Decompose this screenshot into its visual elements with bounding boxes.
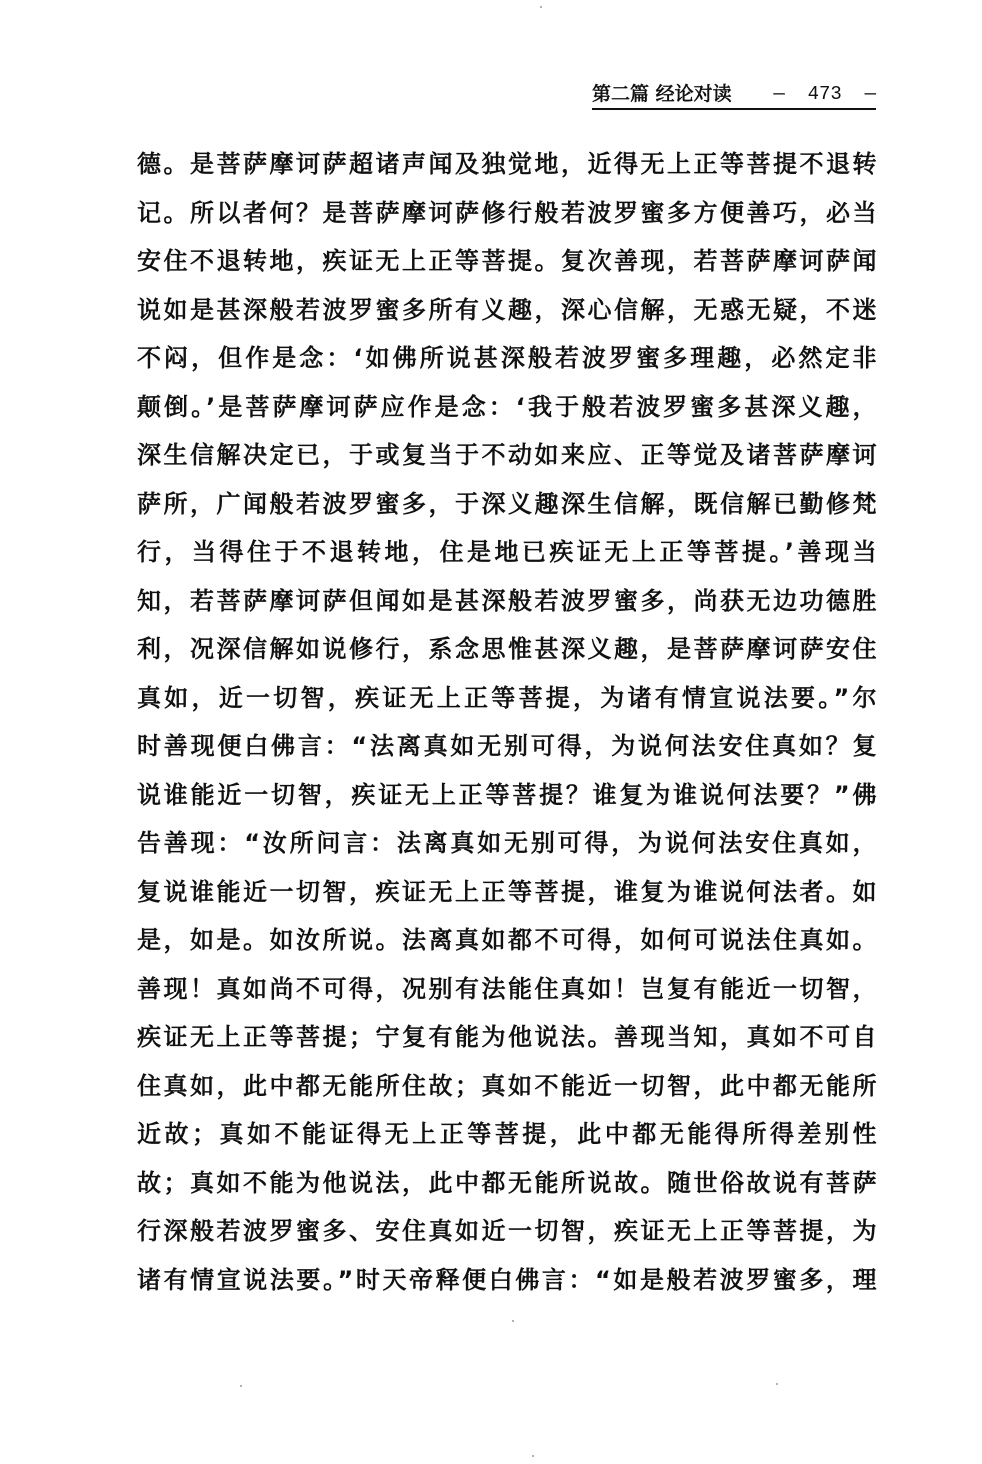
text-line: 告善现：“汝所问言：法离真如无别可得，为说何法安住真如， bbox=[137, 819, 877, 868]
scan-speck bbox=[532, 1455, 534, 1457]
text-line: 记。所以者何？是菩萨摩诃萨修行般若波罗蜜多方便善巧，必当 bbox=[137, 189, 877, 238]
scan-speck bbox=[240, 1385, 242, 1387]
text-line: 善现！真如尚不可得，况别有法能住真如！岂复有能近一切智， bbox=[137, 965, 877, 1014]
text-line: 诸有情宣说法要。”时天帝释便白佛言：“如是般若波罗蜜多，理 bbox=[137, 1256, 877, 1305]
text-line: 复说谁能近一切智，疾证无上正等菩提，谁复为谁说何法者。如 bbox=[137, 868, 877, 917]
text-line: 行，当得住于不退转地，住是地已疾证无上正等菩提。’善现当 bbox=[137, 528, 877, 577]
running-header: 第二篇 经论对读 — 473 — bbox=[592, 82, 876, 110]
text-line: 颠倒。’是菩萨摩诃萨应作是念：‘我于般若波罗蜜多甚深义趣， bbox=[137, 383, 877, 432]
text-line: 行深般若波罗蜜多、安住真如近一切智，疾证无上正等菩提，为 bbox=[137, 1207, 877, 1256]
text-line: 故；真如不能为他说法，此中都无能所说故。随世俗故说有菩萨 bbox=[137, 1159, 877, 1208]
text-line: 不闷，但作是念：‘如佛所说甚深般若波罗蜜多理趣，必然定非 bbox=[137, 334, 877, 383]
text-line: 疾证无上正等菩提；宁复有能为他说法。善现当知，真如不可自 bbox=[137, 1013, 877, 1062]
text-line: 安住不退转地，疾证无上正等菩提。复次善现，若菩萨摩诃萨闻 bbox=[137, 237, 877, 286]
section-title: 第二篇 经论对读 bbox=[592, 82, 732, 106]
text-line: 是，如是。如汝所说。法离真如都不可得，如何可说法住真如。 bbox=[137, 916, 877, 965]
text-line: 近故；真如不能证得无上正等菩提，此中都无能得所得差别性 bbox=[137, 1110, 877, 1159]
text-line: 深生信解决定已，于或复当于不动如来应、正等觉及诸菩萨摩诃 bbox=[137, 431, 877, 480]
text-line: 住真如，此中都无能所住故；真如不能近一切智，此中都无能所 bbox=[137, 1062, 877, 1111]
text-line: 德。是菩萨摩诃萨超诸声闻及独觉地，近得无上正等菩提不退转 bbox=[137, 140, 877, 189]
text-line: 时善现便白佛言：“法离真如无别可得，为说何法安住真如？复 bbox=[137, 722, 877, 771]
text-line: 说如是甚深般若波罗蜜多所有义趣，深心信解，无惑无疑，不迷 bbox=[137, 286, 877, 335]
text-line: 真如，近一切智，疾证无上正等菩提，为诸有情宣说法要。”尔 bbox=[137, 674, 877, 723]
book-page: 第二篇 经论对读 — 473 — 德。是菩萨摩诃萨超诸声闻及独觉地，近得无上正等… bbox=[0, 0, 982, 1464]
page-number: — 473 — bbox=[773, 82, 876, 106]
scan-speck bbox=[540, 6, 542, 8]
scan-speck bbox=[512, 1320, 514, 1322]
text-line: 利，况深信解如说修行，系念思惟甚深义趣，是菩萨摩诃萨安住 bbox=[137, 625, 877, 674]
body-text: 德。是菩萨摩诃萨超诸声闻及独觉地，近得无上正等菩提不退转 记。所以者何？是菩萨摩… bbox=[137, 140, 877, 1304]
text-line: 萨所，广闻般若波罗蜜多，于深义趣深生信解，既信解已勤修梵 bbox=[137, 480, 877, 529]
text-line: 说谁能近一切智，疾证无上正等菩提？谁复为谁说何法要？”佛 bbox=[137, 771, 877, 820]
scan-speck bbox=[776, 1383, 778, 1385]
text-line: 知，若菩萨摩诃萨但闻如是甚深般若波罗蜜多，尚获无边功德胜 bbox=[137, 577, 877, 626]
